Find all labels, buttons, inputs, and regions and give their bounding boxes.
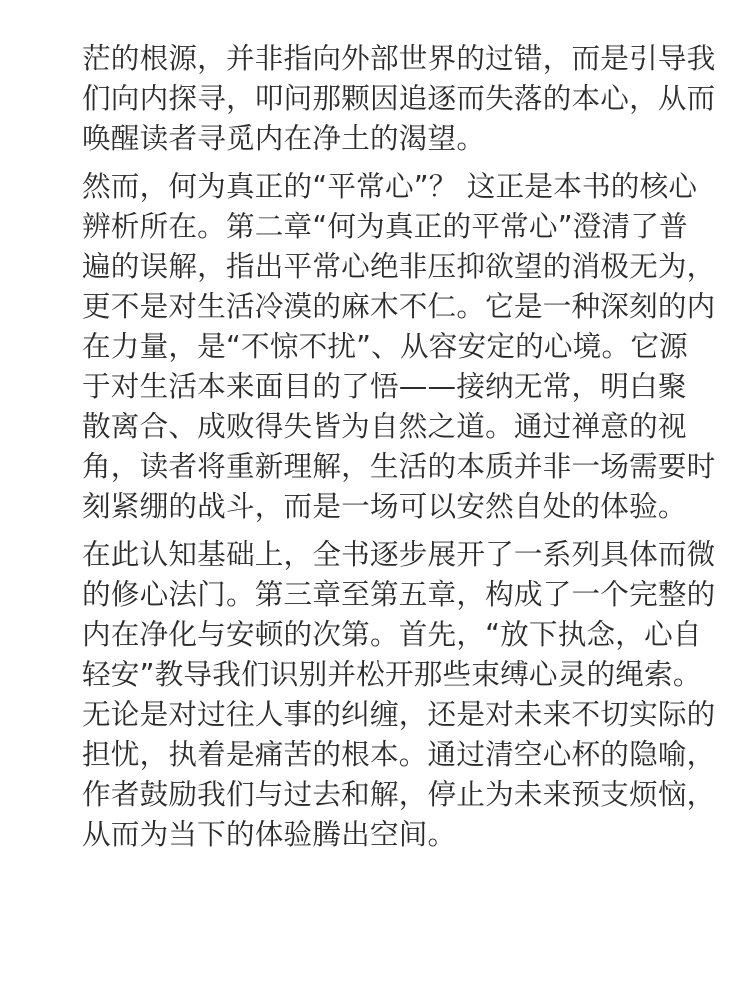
text-line: 作者鼓励我们与过去和解，停止为未来预支烦恼， [82,774,666,814]
text-line: 担忧，执着是痛苦的根本。通过清空心杯的隐喻， [82,734,666,774]
text-line: 们向内探寻，叩问那颗因追逐而失落的本心，从而 [82,78,666,118]
text-line: 唤醒读者寻觅内在净土的渴望。 [82,118,666,158]
text-line: 内在净化与安顿的次第。首先，“放下执念，心自 [82,614,666,654]
text-line: 刻紧绷的战斗，而是一场可以安然自处的体验。 [82,486,666,526]
text-line: 遍的误解，指出平常心绝非压抑欲望的消极无为， [82,246,666,286]
text-line: 在力量，是“不惊不扰”、从容安定的心境。它源 [82,326,666,366]
text-line: 散离合、成败得失皆为自然之道。通过禅意的视 [82,406,666,446]
text-line: 更不是对生活冷漠的麻木不仁。它是一种深刻的内 [82,286,666,326]
text-line: 然而，何为真正的“平常心”？ 这正是本书的核心 [82,166,666,206]
text-line: 从而为当下的体验腾出空间。 [82,814,666,854]
text-line: 无论是对过往人事的纠缠，还是对未来不切实际的 [82,694,666,734]
paragraph-1: 茫的根源，并非指向外部世界的过错，而是引导我 们向内探寻，叩问那颗因追逐而失落的… [82,38,666,158]
text-line: 的修心法门。第三章至第五章，构成了一个完整的 [82,574,666,614]
document-page: 茫的根源，并非指向外部世界的过错，而是引导我 们向内探寻，叩问那颗因追逐而失落的… [82,38,666,862]
text-line: 角，读者将重新理解，生活的本质并非一场需要时 [82,446,666,486]
text-line: 辨析所在。第二章“何为真正的平常心”澄清了普 [82,206,666,246]
text-line: 茫的根源，并非指向外部世界的过错，而是引导我 [82,38,666,78]
paragraph-2: 然而，何为真正的“平常心”？ 这正是本书的核心 辨析所在。第二章“何为真正的平常… [82,166,666,526]
text-line: 在此认知基础上，全书逐步展开了一系列具体而微 [82,534,666,574]
paragraph-3: 在此认知基础上，全书逐步展开了一系列具体而微 的修心法门。第三章至第五章，构成了… [82,534,666,854]
text-line: 轻安”教导我们识别并松开那些束缚心灵的绳索。 [82,654,666,694]
text-line: 于对生活本来面目的了悟——接纳无常，明白聚 [82,366,666,406]
